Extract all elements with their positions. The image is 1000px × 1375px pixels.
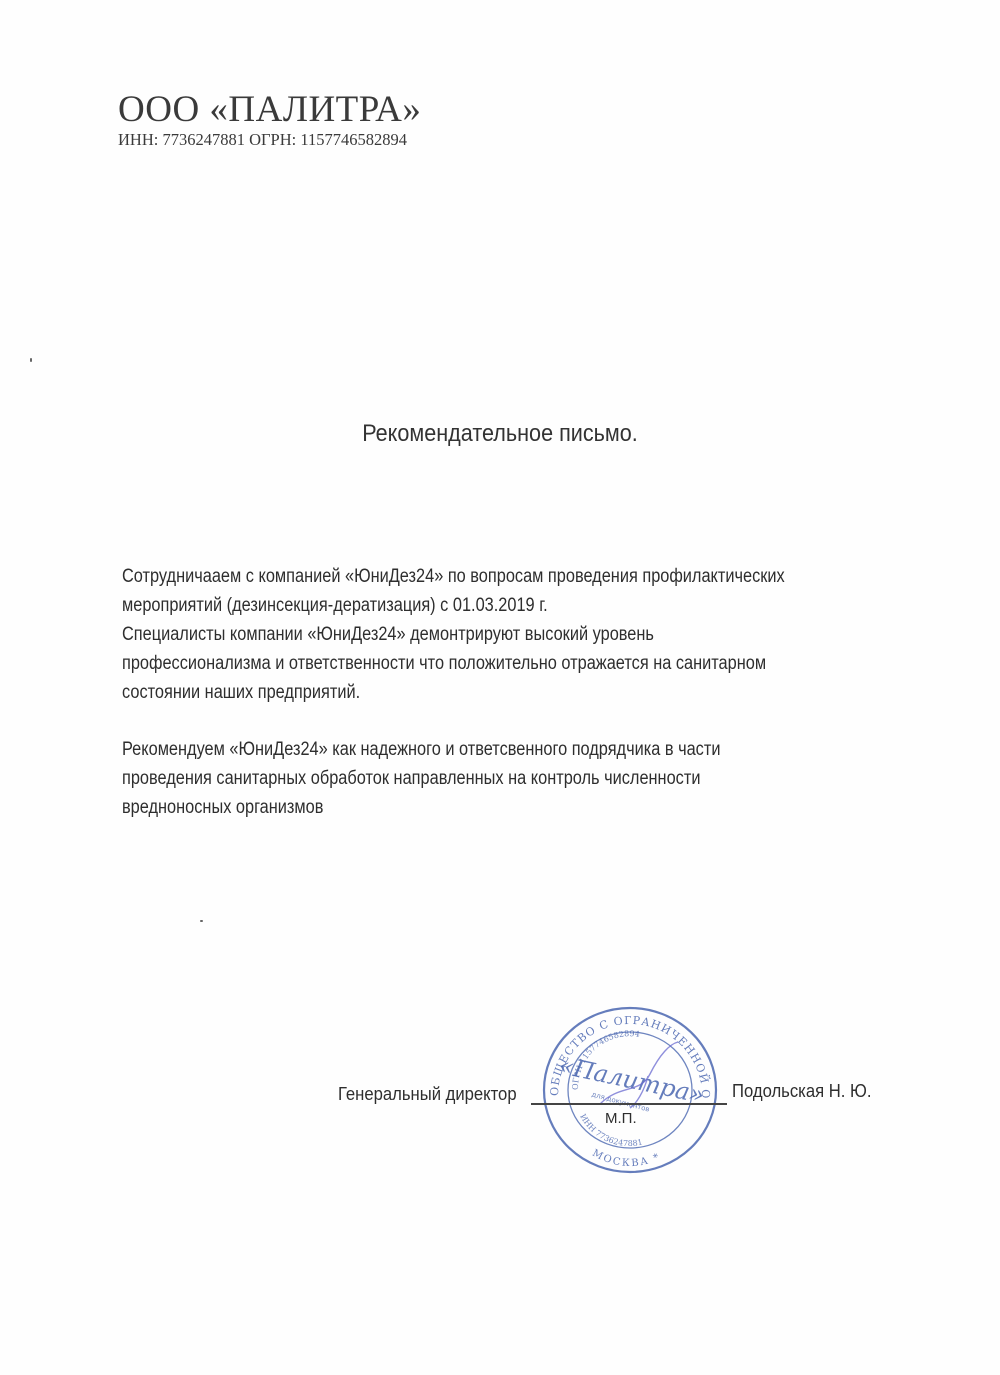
paragraph-line: профессионализма и ответственности что п…	[122, 649, 793, 678]
company-ids: ИНН: 7736247881 ОГРН: 1157746582894	[118, 130, 407, 150]
paragraph-2: Рекомендуем «ЮниДез24» как надежного и о…	[122, 735, 793, 822]
paragraph-line: Сотрудничааем с компанией «ЮниДез24» по …	[122, 562, 793, 591]
paragraph-line: Рекомендуем «ЮниДез24» как надежного и о…	[122, 735, 793, 764]
paragraph-line: состоянии наших предприятий.	[122, 678, 793, 707]
paragraph-1: Сотрудничааем с компанией «ЮниДез24» по …	[122, 562, 793, 707]
company-name: ООО «ПАЛИТРА»	[118, 88, 421, 131]
paragraph-line: Специалисты компании «ЮниДез24» демонтри…	[122, 620, 793, 649]
company-stamp-icon: ОБЩЕСТВО С ОГРАНИЧЕННОЙ ОТВЕТСТВЕННОСТЬЮ…	[540, 1004, 720, 1176]
scan-speck	[30, 358, 32, 362]
signatory-name: Подольская Н. Ю.	[732, 1080, 871, 1102]
signatory-position: Генеральный директор	[338, 1083, 517, 1105]
paragraph-line: проведения санитарных обработок направле…	[122, 764, 793, 793]
paragraph-line: мероприятий (дезинсекция-дератизация) с …	[122, 591, 793, 620]
paragraph-line: вредноносных организмов	[122, 793, 793, 822]
signature-line	[531, 1103, 727, 1105]
document-page: ООО «ПАЛИТРА» ИНН: 7736247881 ОГРН: 1157…	[0, 0, 1000, 1375]
seal-mark: М.П.	[605, 1110, 637, 1127]
scan-speck	[200, 920, 203, 922]
letter-title: Рекомендательное письмо.	[50, 420, 950, 448]
svg-text:МОСКВА *: МОСКВА *	[590, 1148, 662, 1169]
